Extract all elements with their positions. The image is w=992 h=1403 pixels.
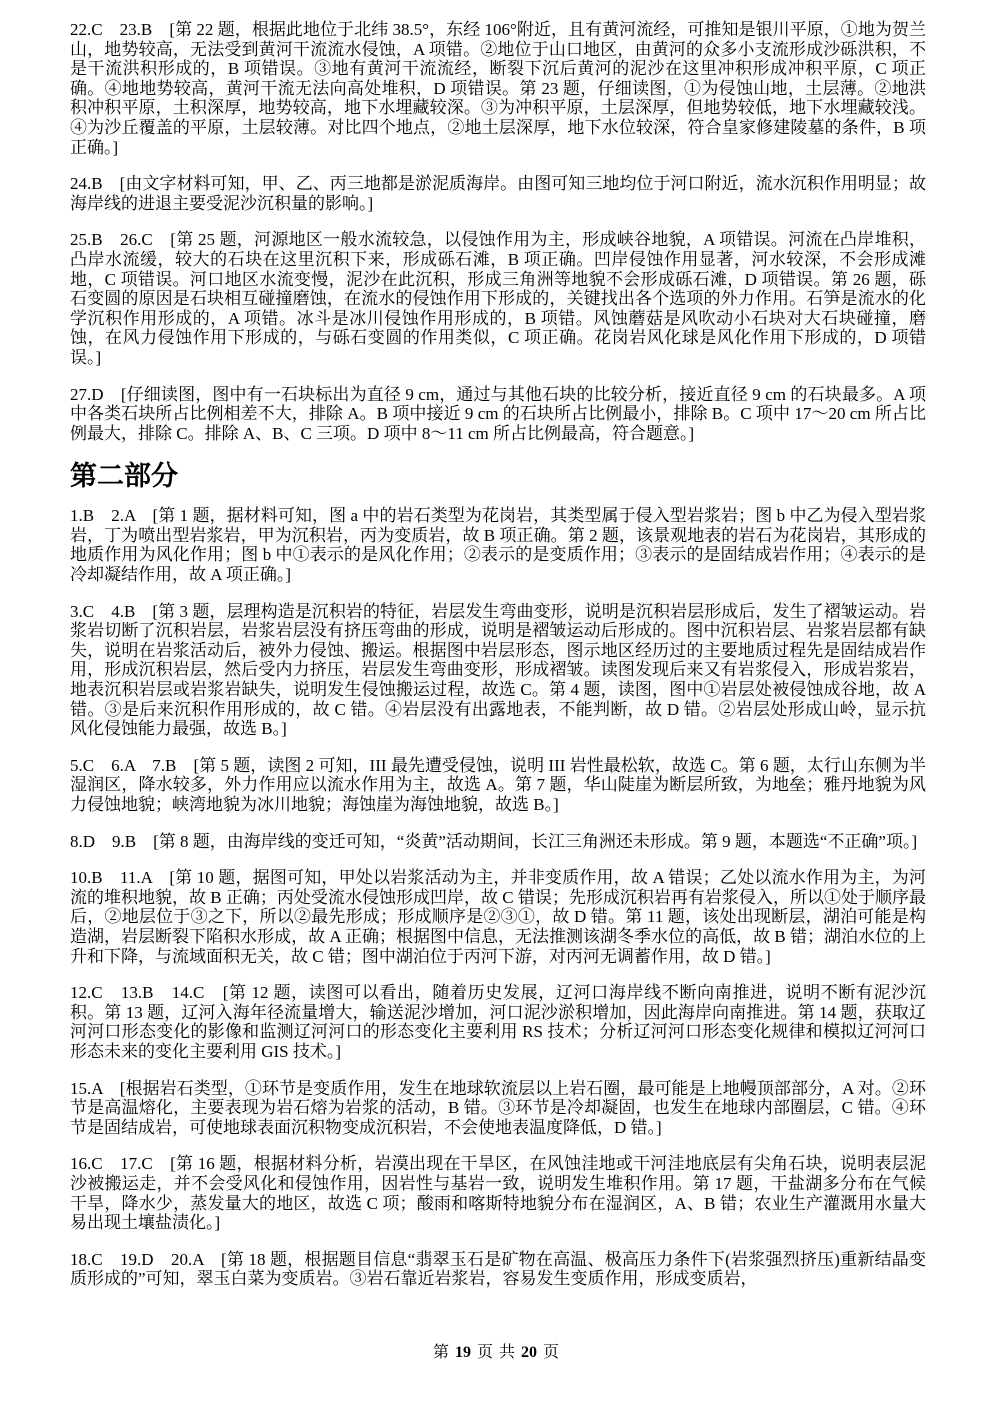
- answer-paragraph-5-6-7: 5.C 6.A 7.B [第 5 题，读图 2 可知，III 最先遭受侵蚀，说明…: [70, 756, 926, 815]
- page-footer: 第19页共20页: [0, 1343, 992, 1363]
- answer-paragraph-22-23: 22.C 23.B [第 22 题，根据此地位于北纬 38.5°，东经 106°…: [70, 20, 926, 157]
- answer-paragraph-12-13-14: 12.C 13.B 14.C [第 12 题，读图可以看出，随着历史发展，辽河口…: [70, 983, 926, 1061]
- part2-answer-section: 1.B 2.A [第 1 题，据材料可知，图 a 中的岩石类型为花岗岩，其类型属…: [70, 506, 926, 1289]
- answer-paragraph-8-9: 8.D 9.B [第 8 题，由海岸线的变迁可知，“炎黄”活动期间，长江三角洲还…: [70, 832, 926, 852]
- answer-paragraph-3-4: 3.C 4.B [第 3 题，层理构造是沉积岩的特征，岩层发生弯曲变形，说明是沉…: [70, 602, 926, 739]
- answer-paragraph-16-17: 16.C 17.C [第 16 题，根据材料分析，岩漠出现在干旱区，在风蚀洼地或…: [70, 1154, 926, 1232]
- section-heading-part2: 第二部分: [70, 460, 926, 492]
- footer-label-ye-2: 页: [543, 1344, 559, 1361]
- answer-paragraph-27: 27.D [仔细读图，图中有一石块标出为直径 9 cm，通过与其他石块的比较分析…: [70, 385, 926, 444]
- footer-label-di: 第: [433, 1344, 449, 1361]
- part1-answer-section: 22.C 23.B [第 22 题，根据此地位于北纬 38.5°，东经 106°…: [70, 20, 926, 443]
- footer-current-page-number: 19: [455, 1344, 471, 1361]
- answer-paragraph-25-26: 25.B 26.C [第 25 题，河源地区一般水流较急，以侵蚀作用为主，形成峡…: [70, 230, 926, 367]
- answer-paragraph-24: 24.B [由文字材料可知，甲、乙、丙三地都是淤泥质海岸。由图可知三地均位于河口…: [70, 174, 926, 213]
- answer-paragraph-18-19-20: 18.C 19.D 20.A [第 18 题，根据题目信息“翡翠玉石是矿物在高温…: [70, 1250, 926, 1289]
- footer-label-gong: 共: [499, 1344, 515, 1361]
- answer-paragraph-10-11: 10.B 11.A [第 10 题，据图可知，甲处以岩浆活动为主，并非变质作用，…: [70, 868, 926, 966]
- answer-paragraph-1-2: 1.B 2.A [第 1 题，据材料可知，图 a 中的岩石类型为花岗岩，其类型属…: [70, 506, 926, 584]
- document-page: 22.C 23.B [第 22 题，根据此地位于北纬 38.5°，东经 106°…: [0, 0, 992, 1403]
- answer-paragraph-15: 15.A [根据岩石类型，①环节是变质作用，发生在地球软流层以上岩石圈，最可能是…: [70, 1079, 926, 1138]
- footer-total-page-number: 20: [521, 1344, 537, 1361]
- footer-label-ye-1: 页: [477, 1344, 493, 1361]
